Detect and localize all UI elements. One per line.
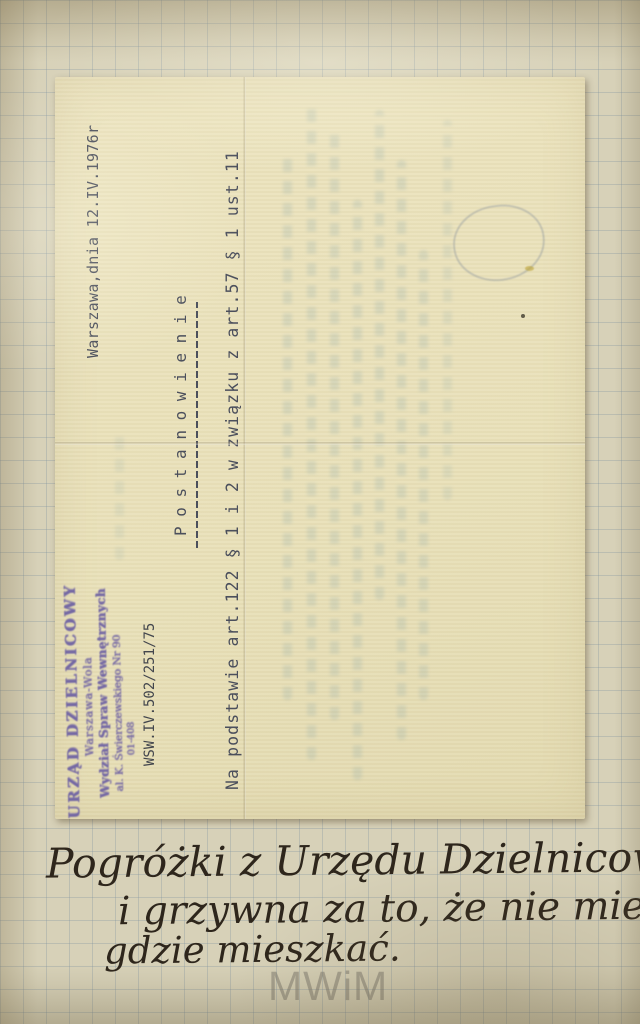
handwriting-line-1: Pogróżki z Urzędu Dzielnicowego <box>46 832 640 887</box>
document-title: P o s t a n o w i e n i e <box>171 295 190 536</box>
stamp-postal-code: 01-408 <box>123 585 138 755</box>
museum-watermark: MWiM <box>268 963 388 1010</box>
bleedthrough-text-stripe <box>375 110 384 600</box>
archive-photo-page: URZĄD DZIELNICOWY Warszawa-Wola Wydział … <box>0 0 640 1024</box>
fold-crease-horizontal <box>55 442 585 445</box>
paper-stain-speck <box>525 266 534 271</box>
fold-crease-vertical <box>243 77 246 819</box>
body-line: Na podstawie art.122 § 1 i 2 w związku z… <box>223 150 242 790</box>
rotated-document-content: URZĄD DZIELNICOWY Warszawa-Wola Wydział … <box>55 77 585 820</box>
bleedthrough-text-stripe <box>353 200 362 780</box>
bleedthrough-text-stripe <box>397 160 406 740</box>
date-line: Warszawa,dnia 12.IV.1976r <box>84 125 102 358</box>
stamp-department: Wydział Spraw Wewnętrznych <box>94 586 112 798</box>
bleedthrough-text-stripe <box>283 150 292 700</box>
ink-speck <box>521 314 525 318</box>
bleedthrough-text-stripe <box>419 250 428 700</box>
bleedthrough-text-stripe <box>330 130 339 720</box>
bleedthrough-text-stripe <box>307 100 316 760</box>
bleedthrough-text-stripe <box>115 430 124 560</box>
document-sheet: URZĄD DZIELNICOWY Warszawa-Wola Wydział … <box>55 77 585 819</box>
title-underline <box>196 302 198 548</box>
office-stamp: URZĄD DZIELNICOWY Warszawa-Wola Wydział … <box>61 585 139 818</box>
reference-number: WSW.IV.502/251/75 <box>142 623 158 766</box>
